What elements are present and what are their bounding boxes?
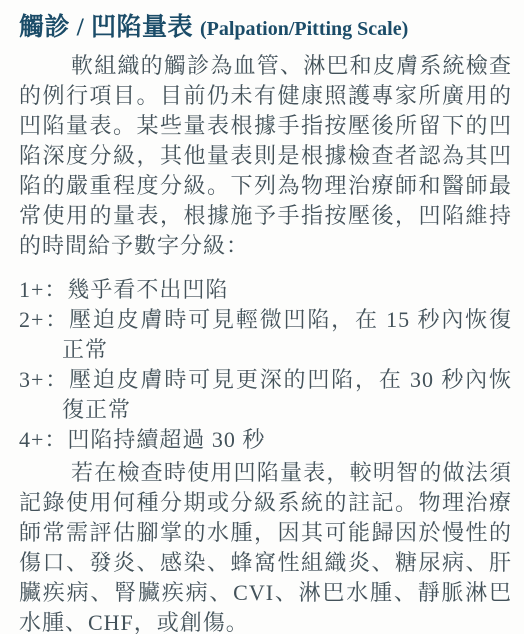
scale-item-continuation-line: 復正常 [19, 395, 512, 425]
page-title-en: (Palpation/Pitting Scale) [200, 18, 408, 40]
scale-item-line: 1+：幾乎看不出凹陷 [19, 275, 512, 305]
paragraph-line: 水腫、CHF，或創傷。 [19, 608, 512, 634]
scale-item-line: 3+：壓迫皮膚時可見更深的凹陷，在 30 秒內恢 [19, 365, 512, 395]
paragraph-line: 的例行項目。目前仍未有健康照護專家所廣用的 [19, 81, 512, 111]
paragraph-line: 軟組織的觸診為血管、淋巴和皮膚系統檢查 [19, 51, 512, 81]
paragraph-line: 記錄使用何種分期或分級系統的註記。物理治療 [19, 488, 512, 518]
pitting-scale-list: 1+：幾乎看不出凹陷 2+：壓迫皮膚時可見輕微凹陷，在 15 秒內恢復 正常 3… [19, 275, 512, 455]
paragraph-line: 常使用的量表，根據施予手指按壓後，凹陷維持 [19, 201, 512, 231]
scale-item-continuation-line: 正常 [19, 335, 512, 365]
paragraph-line: 傷口、發炎、感染、蜂窩性組織炎、糖尿病、肝 [19, 548, 512, 578]
document-page: 觸診 / 凹陷量表(Palpation/Pitting Scale) 軟組織的觸… [0, 0, 524, 634]
paragraph-line: 陷深度分級，其他量表則是根據檢查者認為其凹 [19, 141, 512, 171]
closing-paragraph: 若在檢查時使用凹陷量表，較明智的做法須 記錄使用何種分期或分級系統的註記。物理治… [19, 458, 512, 634]
page-title-zh: 觸診 / 凹陷量表 [19, 14, 193, 41]
paragraph-line: 陷的嚴重程度分級。下列為物理治療師和醫師最 [19, 171, 512, 201]
paragraph-line: 師常需評估腳掌的水腫，因其可能歸因於慢性的 [19, 518, 512, 548]
paragraph-line: 的時間給予數字分級： [19, 231, 512, 261]
intro-paragraph: 軟組織的觸診為血管、淋巴和皮膚系統檢查 的例行項目。目前仍未有健康照護專家所廣用… [19, 51, 512, 261]
paragraph-line: 凹陷量表。某些量表根據手指按壓後所留下的凹 [19, 111, 512, 141]
scale-item-line: 4+：凹陷持續超過 30 秒 [19, 425, 512, 455]
page-title: 觸診 / 凹陷量表(Palpation/Pitting Scale) [19, 11, 512, 46]
paragraph-line: 臟疾病、腎臟疾病、CVI、淋巴水腫、靜脈淋巴 [19, 578, 512, 608]
scale-item-line: 2+：壓迫皮膚時可見輕微凹陷，在 15 秒內恢復 [19, 305, 512, 335]
paragraph-line: 若在檢查時使用凹陷量表，較明智的做法須 [19, 458, 512, 488]
